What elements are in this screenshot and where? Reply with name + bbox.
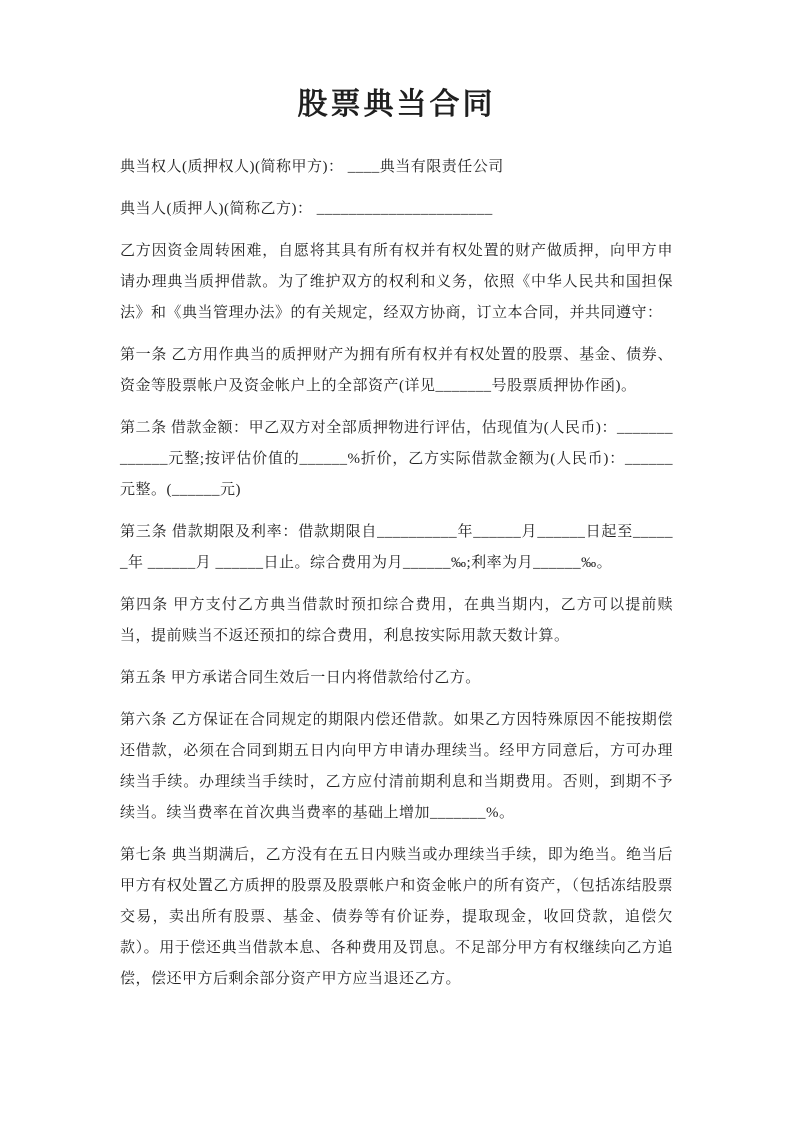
contract-body: 典当权人(质押权人)(简称甲方)： ____典当有限责任公司 典当人(质押人)(… <box>120 152 673 995</box>
clause-7: 第七条 典当期满后，乙方没有在五日内赎当或办理续当手续，即为绝当。绝当后甲方有权… <box>120 840 673 995</box>
contract-page: 股票典当合同 典当权人(质押权人)(简称甲方)： ____典当有限责任公司 典当… <box>0 0 793 1122</box>
party-b-line: 典当人(质押人)(简称乙方)： ______________________ <box>120 194 673 225</box>
clause-3: 第三条 借款期限及利率：借款期限自__________年______月_____… <box>120 517 673 579</box>
clause-1: 第一条 乙方用作典当的质押财产为拥有所有权并有权处置的股票、基金、债券、资金等股… <box>120 340 673 402</box>
preamble-paragraph: 乙方因资金周转困难，自愿将其具有所有权并有权处置的财产做质押，向甲方申请办理典当… <box>120 236 673 329</box>
clause-2: 第二条 借款金额：甲乙双方对全部质押物进行评估，估现值为(人民币)：______… <box>120 413 673 506</box>
clause-4: 第四条 甲方支付乙方典当借款时预扣综合费用，在典当期内，乙方可以提前赎当，提前赎… <box>120 590 673 652</box>
clause-6: 第六条 乙方保证在合同规定的期限内偿还借款。如果乙方因特殊原因不能按期偿还借款，… <box>120 705 673 829</box>
clause-5: 第五条 甲方承诺合同生效后一日内将借款给付乙方。 <box>120 663 673 694</box>
contract-title: 股票典当合同 <box>120 86 673 124</box>
party-a-line: 典当权人(质押权人)(简称甲方)： ____典当有限责任公司 <box>120 152 673 183</box>
